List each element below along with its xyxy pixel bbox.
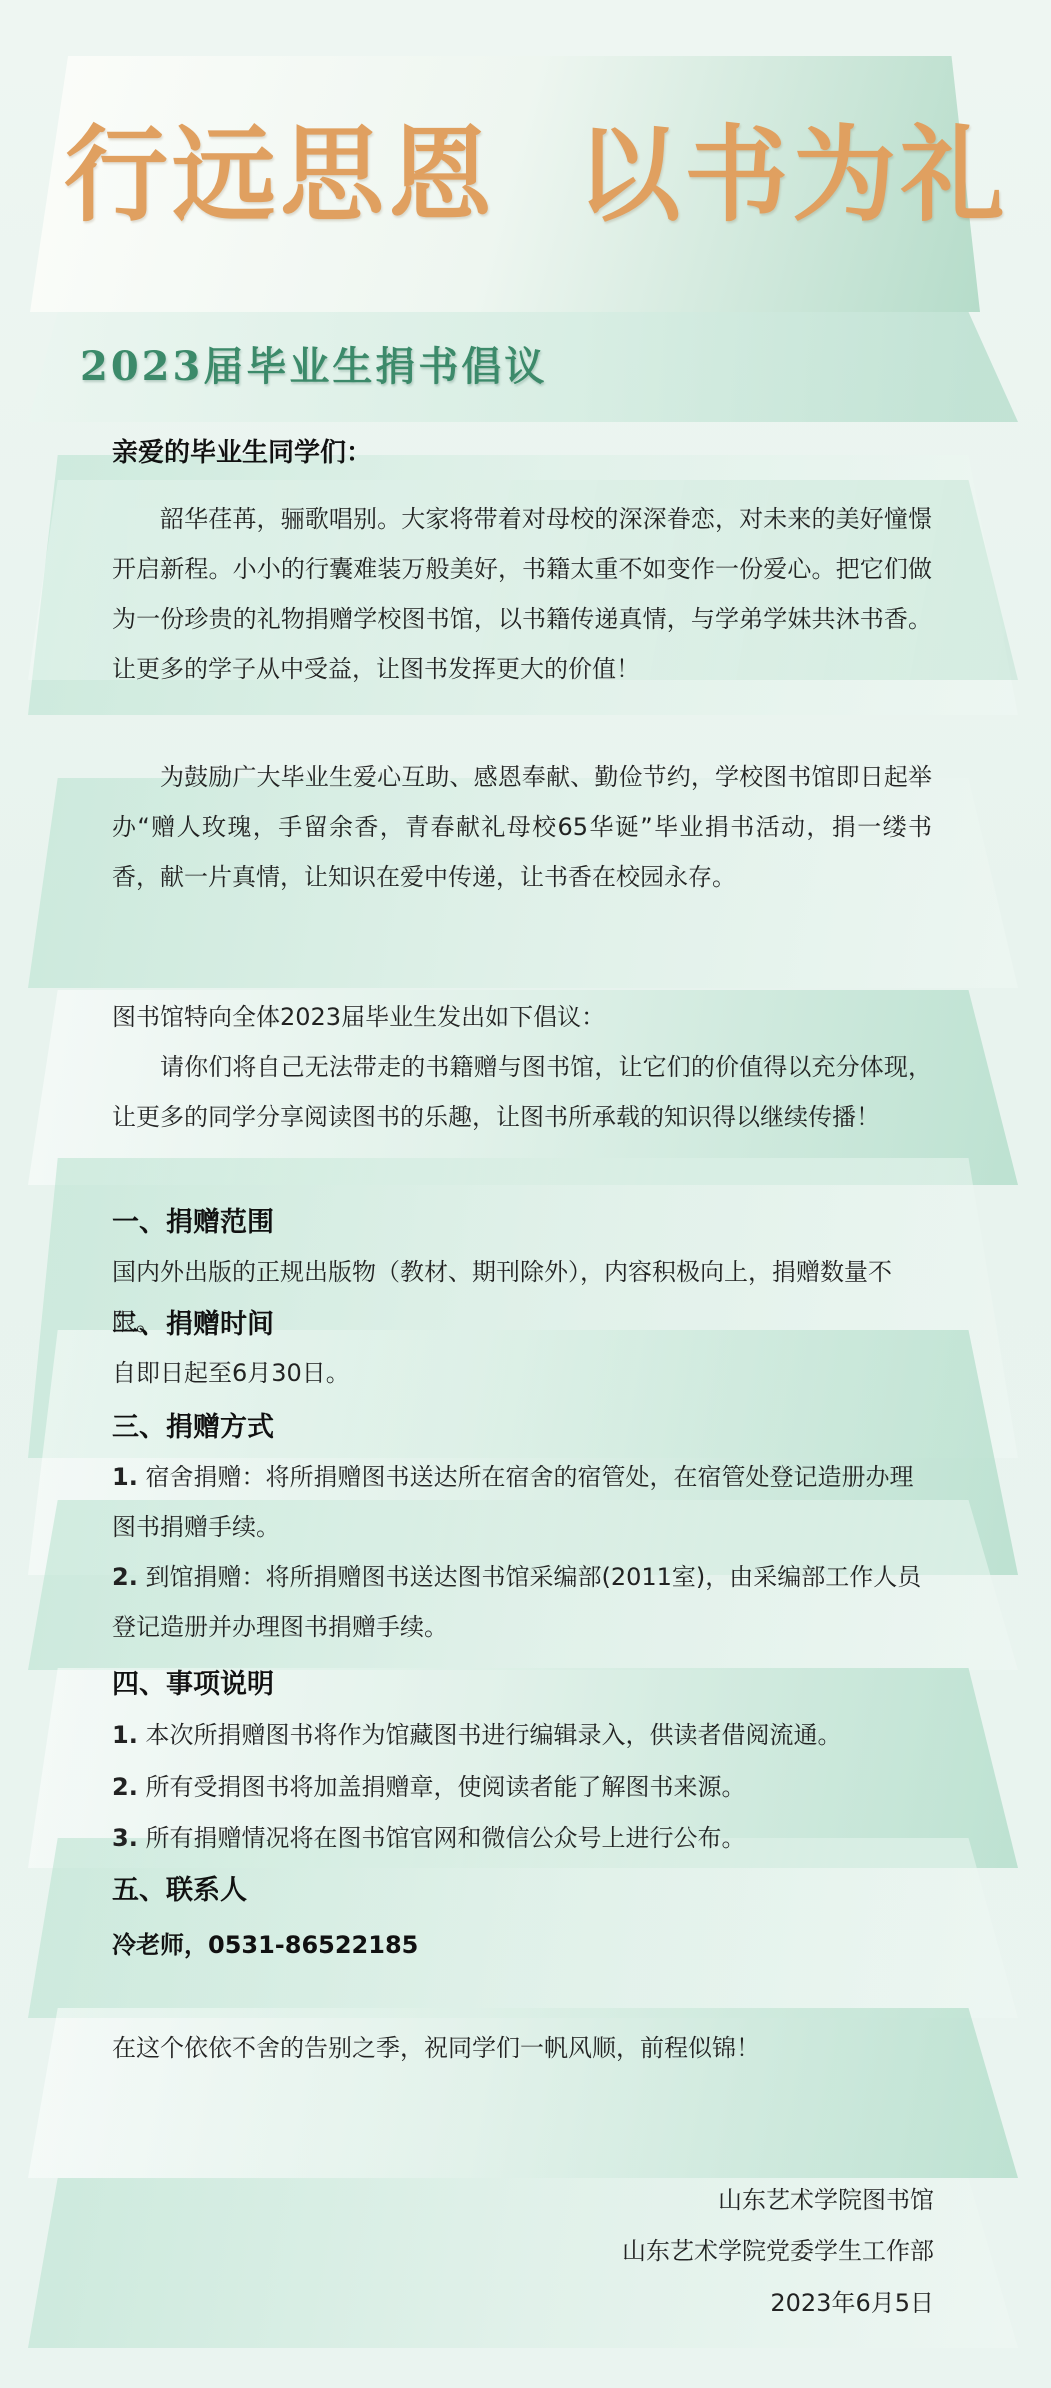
item-number: 2. — [112, 1563, 138, 1591]
item-number: 1. — [112, 1721, 138, 1749]
item-number: 1. — [112, 1463, 138, 1491]
item-text: 本次所捐赠图书将作为馆藏图书进行编辑录入，供读者借阅流通。 — [145, 1721, 841, 1749]
proposal-body: 请你们将自己无法带走的书籍赠与图书馆，让它们的价值得以充分体现，让更多的同学分享… — [112, 1042, 932, 1142]
item-text: 所有受捐图书将加盖捐赠章，使阅读者能了解图书来源。 — [145, 1773, 745, 1801]
contact-info: 冷老师，0531-86522185 — [112, 1925, 418, 1960]
signature-org-student-affairs: 山东艺术学院党委学生工作部 — [622, 2231, 934, 2266]
item-text: 宿舍捐赠：将所捐赠图书送达所在宿舍的宿管处，在宿管处登记造册办理图书捐赠手续。 — [112, 1463, 913, 1541]
section-heading-scope: 一、捐赠范围 — [112, 1200, 274, 1239]
item-number: 3. — [112, 1824, 138, 1852]
section-heading-notes: 四、事项说明 — [112, 1662, 274, 1701]
paragraph-activity: 为鼓励广大毕业生爱心互助、感恩奉献、勤俭节约，学校图书馆即日起举办“赠人玫瑰，手… — [112, 752, 932, 902]
item-number: 2. — [112, 1773, 138, 1801]
method-item-2: 2. 到馆捐赠：将所捐赠图书送达图书馆采编部(2011室)，由采编部工作人员登记… — [112, 1552, 932, 1652]
note-item-2: 2. 所有受捐图书将加盖捐赠章，使阅读者能了解图书来源。 — [112, 1762, 932, 1812]
section-text-time: 自即日起至6月30日。 — [112, 1348, 932, 1398]
section-heading-time: 二、捐赠时间 — [112, 1302, 274, 1341]
signature-date: 2023年6月5日 — [770, 2283, 934, 2318]
proposal-intro: 图书馆特向全体2023届毕业生发出如下倡议： — [112, 992, 932, 1042]
section-heading-method: 三、捐赠方式 — [112, 1405, 274, 1444]
document-subtitle: 2023届毕业生捐书倡议 — [80, 335, 547, 392]
note-item-1: 1. 本次所捐赠图书将作为馆藏图书进行编辑录入，供读者借阅流通。 — [112, 1710, 932, 1760]
item-text: 所有捐赠情况将在图书馆官网和微信公众号上进行公布。 — [145, 1824, 745, 1852]
banner-title: 行远思恩 以书为礼 — [64, 118, 1004, 232]
closing-wish: 在这个依依不舍的告别之季，祝同学们一帆风顺，前程似锦！ — [112, 2028, 760, 2063]
section-heading-contact: 五、联系人 — [112, 1868, 247, 1907]
note-item-3: 3. 所有捐赠情况将在图书馆官网和微信公众号上进行公布。 — [112, 1813, 932, 1863]
item-text: 到馆捐赠：将所捐赠图书送达图书馆采编部(2011室)，由采编部工作人员登记造册并… — [112, 1563, 921, 1641]
method-item-1: 1. 宿舍捐赠：将所捐赠图书送达所在宿舍的宿管处，在宿管处登记造册办理图书捐赠手… — [112, 1452, 932, 1552]
paragraph-intro: 韶华荏苒，骊歌唱别。大家将带着对母校的深深眷恋，对未来的美好憧憬开启新程。小小的… — [112, 494, 932, 694]
greeting: 亲爱的毕业生同学们： — [112, 432, 372, 469]
signature-org-library: 山东艺术学院图书馆 — [718, 2180, 934, 2215]
